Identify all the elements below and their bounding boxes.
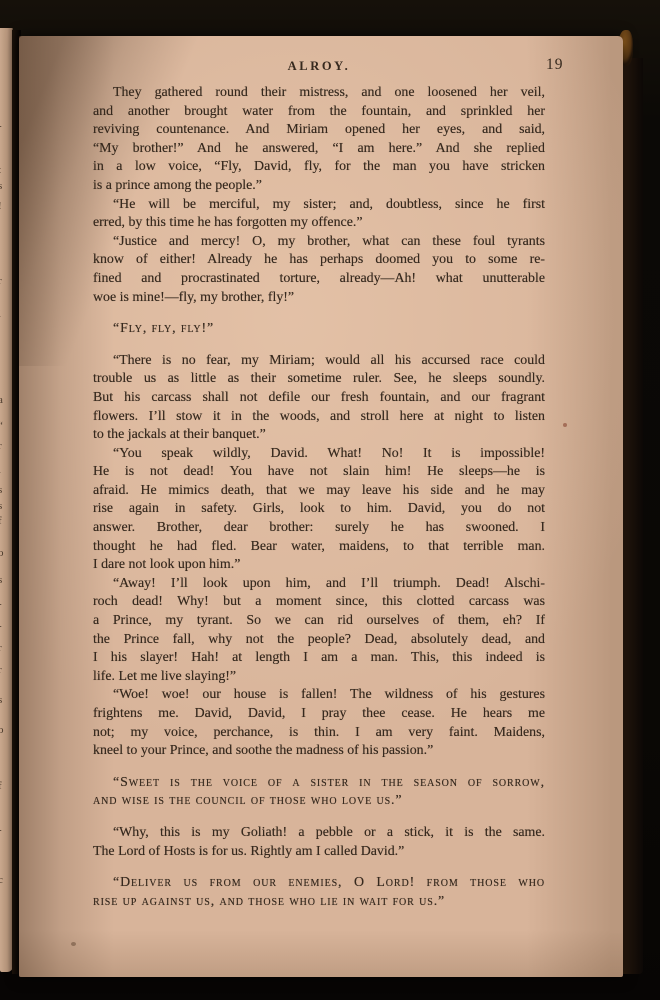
text-line: life. Let me live slaying!” bbox=[93, 668, 545, 687]
text-line: know of either! Already he has perhaps d… bbox=[93, 251, 545, 270]
text-line: a Prince, my tyrant. So we can rid ourse… bbox=[93, 612, 545, 631]
book-cover-edge bbox=[622, 58, 643, 974]
text-line: “Why, this is my Goliath! a pebble or a … bbox=[93, 824, 545, 843]
paragraph: “Deliver us from our enemies, O Lord! fr… bbox=[93, 874, 545, 911]
paper-speck bbox=[563, 423, 567, 427]
edge-letter-fragment: “ bbox=[0, 420, 3, 432]
text-line: “Away! I’ll look upon him, and I’ll triu… bbox=[93, 575, 545, 594]
text-line: rise up against us, and those who lie in… bbox=[93, 893, 545, 912]
text-line: reviving countenance. And Miriam opened … bbox=[93, 121, 545, 140]
edge-letter-fragment: a bbox=[0, 394, 3, 406]
edge-letter-fragment: s bbox=[0, 180, 2, 192]
text-line: to the jackals at their banquet.” bbox=[93, 426, 545, 445]
edge-letter-fragment: s bbox=[0, 484, 2, 496]
edge-letter-fragment: r bbox=[0, 440, 2, 452]
edge-letter-fragment: s bbox=[0, 694, 2, 706]
text-line: “My brother!” And he answered, “I am her… bbox=[93, 140, 545, 159]
text-block: They gathered round their mistress, and … bbox=[93, 84, 545, 911]
text-line: I his slayer! Hah! at length I am a man.… bbox=[93, 649, 545, 668]
text-line: in a low voice, “Fly, David, fly, for th… bbox=[93, 158, 545, 177]
text-line: fined and procrastinated torture, alread… bbox=[93, 270, 545, 289]
text-line: flowers. I’ll stow it in the woods, and … bbox=[93, 408, 545, 427]
paragraph: “Fly, fly, fly!” bbox=[93, 320, 545, 339]
running-title: ALROY. bbox=[93, 59, 545, 74]
text-line: They gathered round their mistress, and … bbox=[93, 84, 545, 103]
edge-letter-fragment: s bbox=[0, 500, 2, 512]
text-line: The Lord of Hosts is for us. Rightly am … bbox=[93, 843, 545, 862]
text-line: is a prince among the people.” bbox=[93, 177, 545, 196]
paragraph: “There is no fear, my Miriam; would all … bbox=[93, 352, 545, 445]
text-line: answer. Brother, dear brother: surely he… bbox=[93, 519, 545, 538]
edge-letter-fragment: - bbox=[0, 598, 2, 610]
edge-letter-fragment: r bbox=[0, 664, 2, 676]
paragraph: “He will be merciful, my sister; and, do… bbox=[93, 196, 545, 233]
paragraph: “Woe! woe! our house is fallen! The wild… bbox=[93, 686, 545, 760]
text-line: rise again in safety. Girls, look to him… bbox=[93, 500, 545, 519]
book-page: ALROY. 19 They gathered round their mist… bbox=[19, 36, 623, 977]
text-line: frightens me. David, David, I pray thee … bbox=[93, 705, 545, 724]
edge-letter-fragment: t bbox=[0, 164, 1, 176]
text-line: “He will be merciful, my sister; and, do… bbox=[93, 196, 545, 215]
text-line: afraid. He mimics death, that we may lea… bbox=[93, 482, 545, 501]
text-line: He is not dead! You have not slain him! … bbox=[93, 463, 545, 482]
text-line: I dare not look upon him.” bbox=[93, 556, 545, 575]
text-line: woe is mine!—fly, my brother, fly!” bbox=[93, 289, 545, 308]
edge-letter-fragment: c bbox=[0, 874, 3, 886]
paragraph: “Justice and mercy! O, my brother, what … bbox=[93, 233, 545, 307]
text-line: trouble us as little as their sometime r… bbox=[93, 370, 545, 389]
paragraph: They gathered round their mistress, and … bbox=[93, 84, 545, 196]
edge-letter-fragment: i bbox=[0, 308, 1, 320]
text-line: not; my voice, perchance, is thin. I am … bbox=[93, 724, 545, 743]
paper-speck bbox=[71, 942, 76, 946]
text-line: erred, by this time he has forgotten my … bbox=[93, 214, 545, 233]
text-line: “Fly, fly, fly!” bbox=[93, 320, 545, 339]
paragraph: “You speak wildly, David. What! No! It i… bbox=[93, 445, 545, 575]
edge-letter-fragment: f bbox=[0, 515, 2, 527]
text-line: kneel to your Prince, and soothe the mad… bbox=[93, 742, 545, 761]
edge-letter-fragment: r bbox=[0, 275, 2, 287]
text-line: “Justice and mercy! O, my brother, what … bbox=[93, 233, 545, 252]
text-line: the Prince fall, why not the people? Dea… bbox=[93, 631, 545, 650]
text-line: and another brought water from the fount… bbox=[93, 103, 545, 122]
text-line: and wise is the council of those who lov… bbox=[93, 792, 545, 811]
text-line: thought he had fled. Bear water, maidens… bbox=[93, 538, 545, 557]
text-line: roch dead! Why! but a moment since, this… bbox=[93, 593, 545, 612]
edge-letter-fragment: - bbox=[0, 824, 2, 836]
paragraph: “Away! I’ll look upon him, and I’ll triu… bbox=[93, 575, 545, 687]
edge-letter-fragment: - bbox=[0, 620, 2, 632]
edge-letter-fragment: o bbox=[0, 547, 4, 559]
edge-letter-fragment: o bbox=[0, 724, 4, 736]
edge-letter-fragment: l bbox=[0, 464, 1, 476]
paragraph: “Why, this is my Goliath! a pebble or a … bbox=[93, 824, 545, 861]
paragraph: “Sweet is the voice of a sister in the s… bbox=[93, 774, 545, 811]
book-photograph: -ts!ria“rlssfos--rrsof-c ALROY. 19 They … bbox=[0, 0, 660, 1000]
text-line: “Woe! woe! our house is fallen! The wild… bbox=[93, 686, 545, 705]
text-line: “Sweet is the voice of a sister in the s… bbox=[93, 774, 545, 793]
edge-letter-fragment: s bbox=[0, 574, 2, 586]
text-line: “Deliver us from our enemies, O Lord! fr… bbox=[93, 874, 545, 893]
text-line: “You speak wildly, David. What! No! It i… bbox=[93, 445, 545, 464]
edge-letter-fragment: r bbox=[0, 642, 2, 654]
text-line: But his carcass shall not defile our fre… bbox=[93, 389, 545, 408]
edge-letter-fragment: ! bbox=[0, 200, 2, 212]
edge-letter-fragment: f bbox=[0, 780, 2, 792]
text-line: “There is no fear, my Miriam; would all … bbox=[93, 352, 545, 371]
edge-letter-fragment: - bbox=[0, 120, 2, 132]
page-number: 19 bbox=[546, 56, 564, 74]
